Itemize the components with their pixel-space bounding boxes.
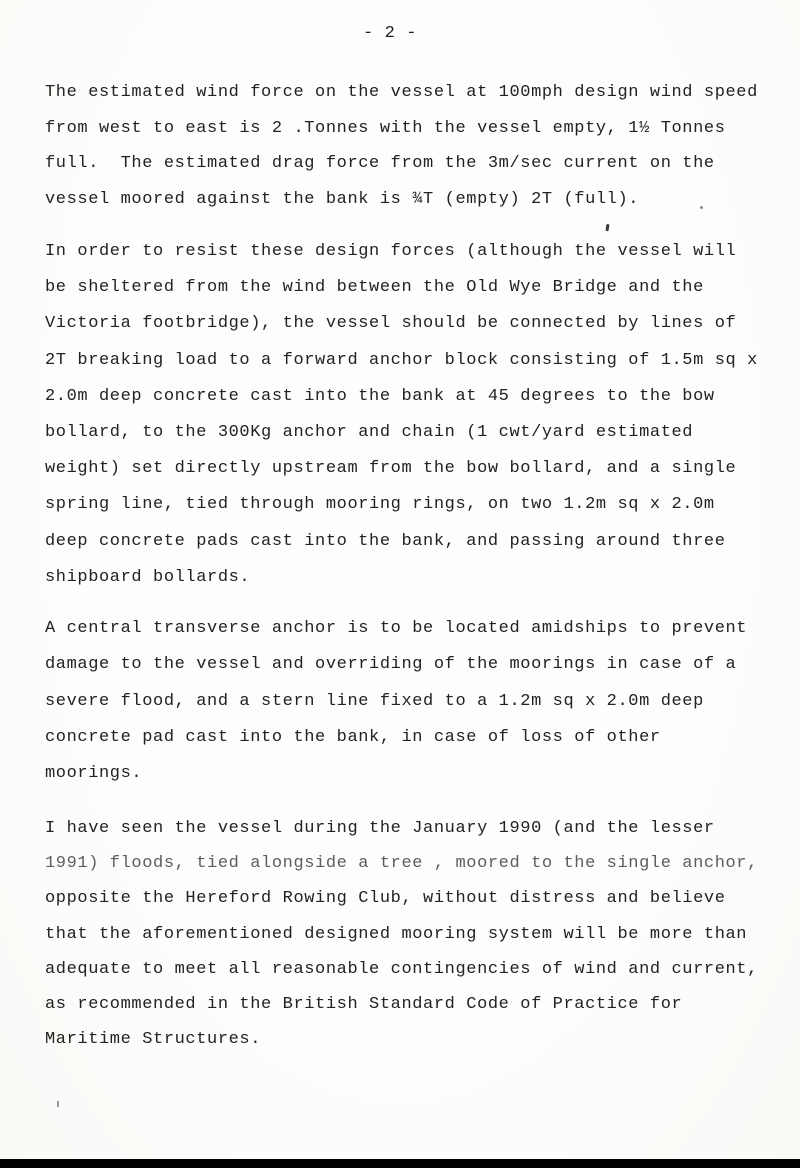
text-line: The estimated wind force on the vessel a… xyxy=(45,75,785,111)
text-line: A central transverse anchor is to be loc… xyxy=(45,611,785,647)
text-line: Maritime Structures. xyxy=(45,1022,785,1057)
text-line: 2.0m deep concrete cast into the bank at… xyxy=(45,379,785,415)
scanned-document-page: - 2 - The estimated wind force on the ve… xyxy=(0,0,800,1168)
page-number: - 2 - xyxy=(363,17,417,51)
text-line: vessel moored against the bank is ¾T (em… xyxy=(45,182,785,218)
text-line: full. The estimated drag force from the … xyxy=(45,146,785,182)
paragraph-mooring-design: In order to resist these design forces (… xyxy=(45,234,785,596)
scan-edge-bar xyxy=(0,1159,800,1168)
paragraph-central-anchor: A central transverse anchor is to be loc… xyxy=(45,611,785,792)
text-line: I have seen the vessel during the Januar… xyxy=(45,811,785,846)
text-line: damage to the vessel and overriding of t… xyxy=(45,647,785,683)
text-line: shipboard bollards. xyxy=(45,560,785,596)
text-line: 2T breaking load to a forward anchor blo… xyxy=(45,343,785,379)
text-line: from west to east is 2 .Tonnes with the … xyxy=(45,111,785,147)
text-line: bollard, to the 300Kg anchor and chain (… xyxy=(45,415,785,451)
text-line: severe flood, and a stern line fixed to … xyxy=(45,684,785,720)
text-line: deep concrete pads cast into the bank, a… xyxy=(45,524,785,560)
paragraph-flood-experience: I have seen the vessel during the Januar… xyxy=(45,811,785,1057)
text-line: as recommended in the British Standard C… xyxy=(45,987,785,1022)
text-line: adequate to meet all reasonable continge… xyxy=(45,952,785,987)
text-line: 1991) floods, tied alongside a tree , mo… xyxy=(45,846,785,881)
text-line: weight) set directly upstream from the b… xyxy=(45,451,785,487)
scan-artifact-apostrophe xyxy=(606,224,610,231)
text-line: Victoria footbridge), the vessel should … xyxy=(45,306,785,342)
text-line: In order to resist these design forces (… xyxy=(45,234,785,270)
scan-artifact-tick xyxy=(57,1101,59,1107)
text-line: that the aforementioned designed mooring… xyxy=(45,917,785,952)
text-line: be sheltered from the wind between the O… xyxy=(45,270,785,306)
text-line: concrete pad cast into the bank, in case… xyxy=(45,720,785,756)
paragraph-wind-force: The estimated wind force on the vessel a… xyxy=(45,75,785,217)
scan-artifact-dot xyxy=(700,206,703,209)
text-line: opposite the Hereford Rowing Club, witho… xyxy=(45,881,785,916)
text-line: moorings. xyxy=(45,756,785,792)
text-line: spring line, tied through mooring rings,… xyxy=(45,487,785,523)
